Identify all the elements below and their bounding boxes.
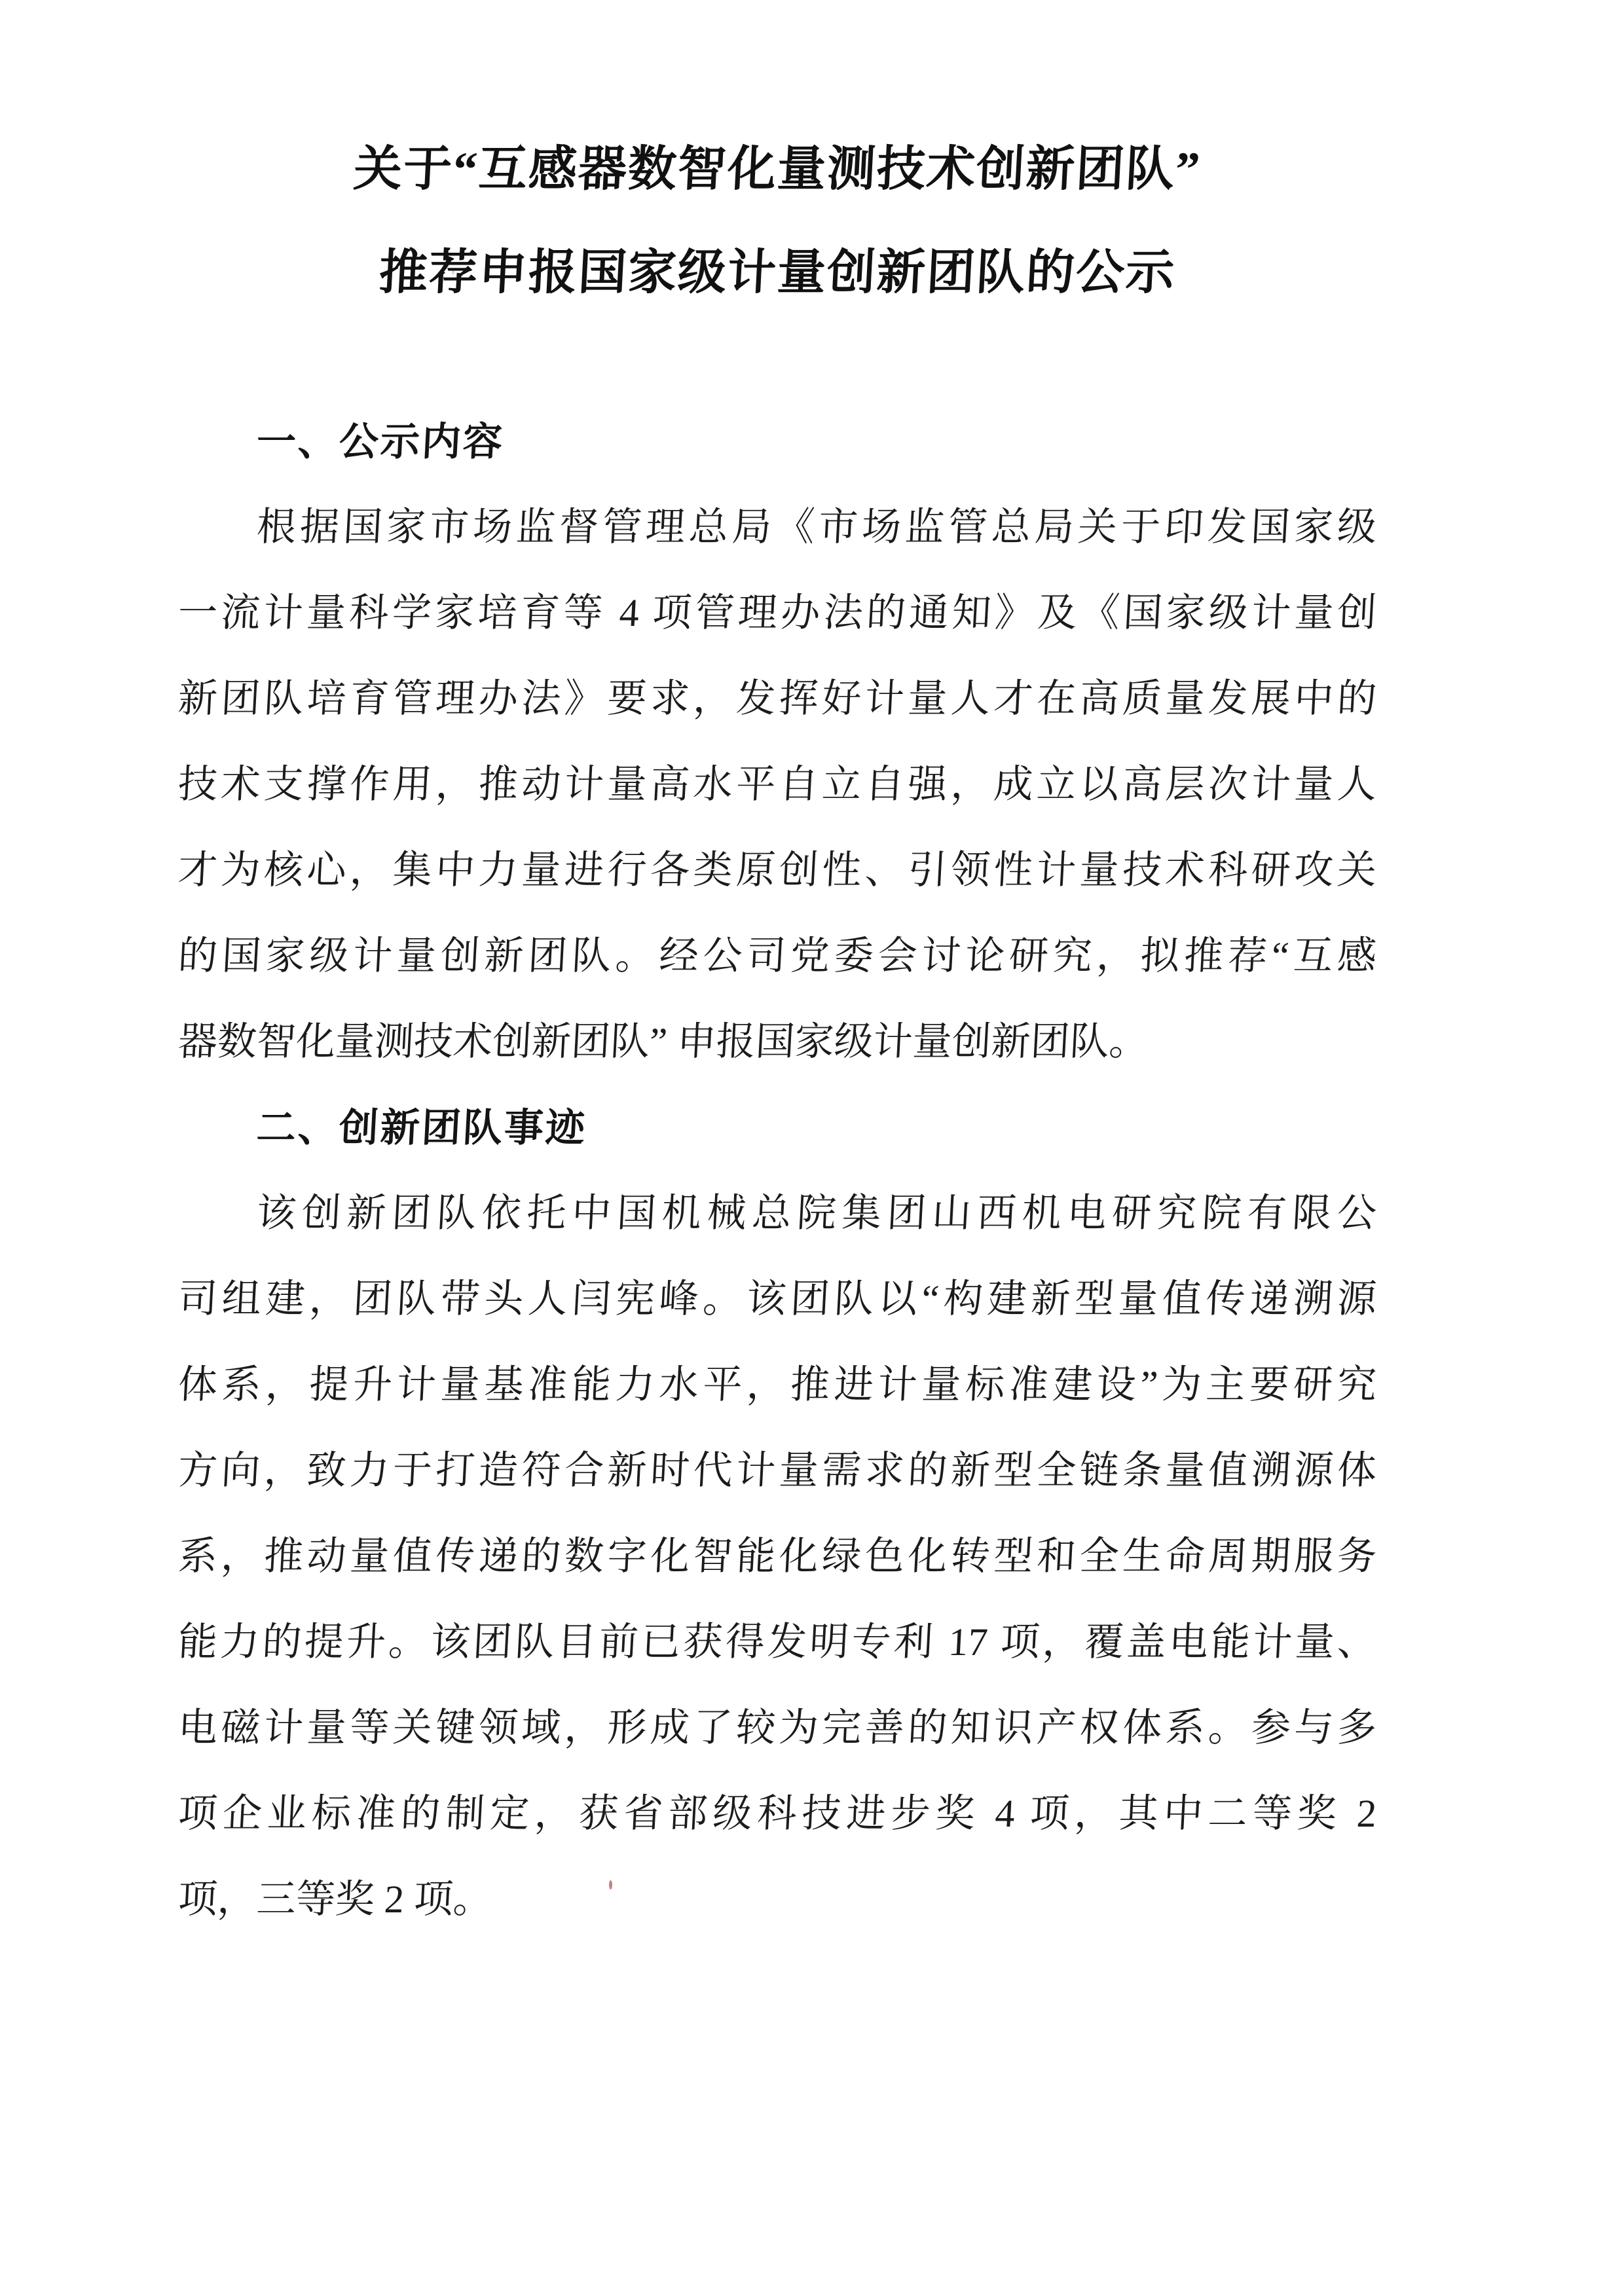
text-line: 的国家级计量创新团队。经公司党委会讨论研究，拟推荐“互感: [176, 913, 1379, 999]
text-line: 体系，提升计量基准能力水平，推进计量标准建设”为主要研究: [176, 1342, 1379, 1428]
title-line-1: 关于“互感器数智化量测技术创新团队”: [175, 118, 1379, 221]
section-2-heading: 二、创新团队事迹: [176, 1085, 1379, 1171]
text-line: 新团队培育管理办法》要求，发挥好计量人才在高质量发展中的: [176, 656, 1379, 742]
text-line: 司组建，团队带头人闫宪峰。该团队以“构建新型量值传递溯源: [176, 1256, 1379, 1342]
section-1-heading: 一、公示内容: [176, 399, 1379, 484]
document-body: 一、公示内容 根据国家市场监督管理总局《市场监管总局关于印发国家级一流计量科学家…: [178, 399, 1376, 1942]
text-line: 技术支撑作用，推动计量高水平自立自强，成立以高层次计量人: [176, 742, 1379, 828]
text-line: 方向，致力于打造符合新时代计量需求的新型全链条量值溯源体: [176, 1428, 1379, 1514]
text-line: 系，推动量值传递的数字化智能化绿色化转型和全生命周期服务: [176, 1514, 1379, 1599]
title-line-2: 推荐申报国家级计量创新团队的公示: [175, 221, 1379, 325]
document-page: 关于“互感器数智化量测技术创新团队” 推荐申报国家级计量创新团队的公示 一、公示…: [0, 0, 1624, 2296]
text-line: 根据国家市场监督管理总局《市场监管总局关于印发国家级: [176, 484, 1379, 570]
text-line: 该创新团队依托中国机械总院集团山西机电研究院有限公: [176, 1171, 1379, 1256]
section-1-paragraph: 根据国家市场监督管理总局《市场监管总局关于印发国家级一流计量科学家培育等 4 项…: [178, 484, 1376, 1085]
text-line: 一流计量科学家培育等 4 项管理办法的通知》及《国家级计量创: [176, 570, 1379, 656]
text-line: 能力的提升。该团队目前已获得发明专利 17 项，覆盖电能计量、: [176, 1599, 1379, 1685]
text-line: 项企业标准的制定，获省部级科技进步奖 4 项，其中二等奖 2: [176, 1771, 1379, 1857]
document-title: 关于“互感器数智化量测技术创新团队” 推荐申报国家级计量创新团队的公示: [178, 118, 1376, 325]
text-line: 才为核心，集中力量进行各类原创性、引领性计量技术科研攻关: [176, 828, 1379, 913]
text-line: 电磁计量等关键领域，形成了较为完善的知识产权体系。参与多: [176, 1685, 1379, 1771]
text-line: 项，三等奖 2 项。: [176, 1857, 1379, 1942]
section-2-paragraph: 该创新团队依托中国机械总院集团山西机电研究院有限公司组建，团队带头人闫宪峰。该团…: [178, 1171, 1376, 1942]
text-line: 器数智化量测技术创新团队” 申报国家级计量创新团队。: [176, 999, 1379, 1085]
text-column: 关于“互感器数智化量测技术创新团队” 推荐申报国家级计量创新团队的公示 一、公示…: [178, 0, 1376, 1942]
